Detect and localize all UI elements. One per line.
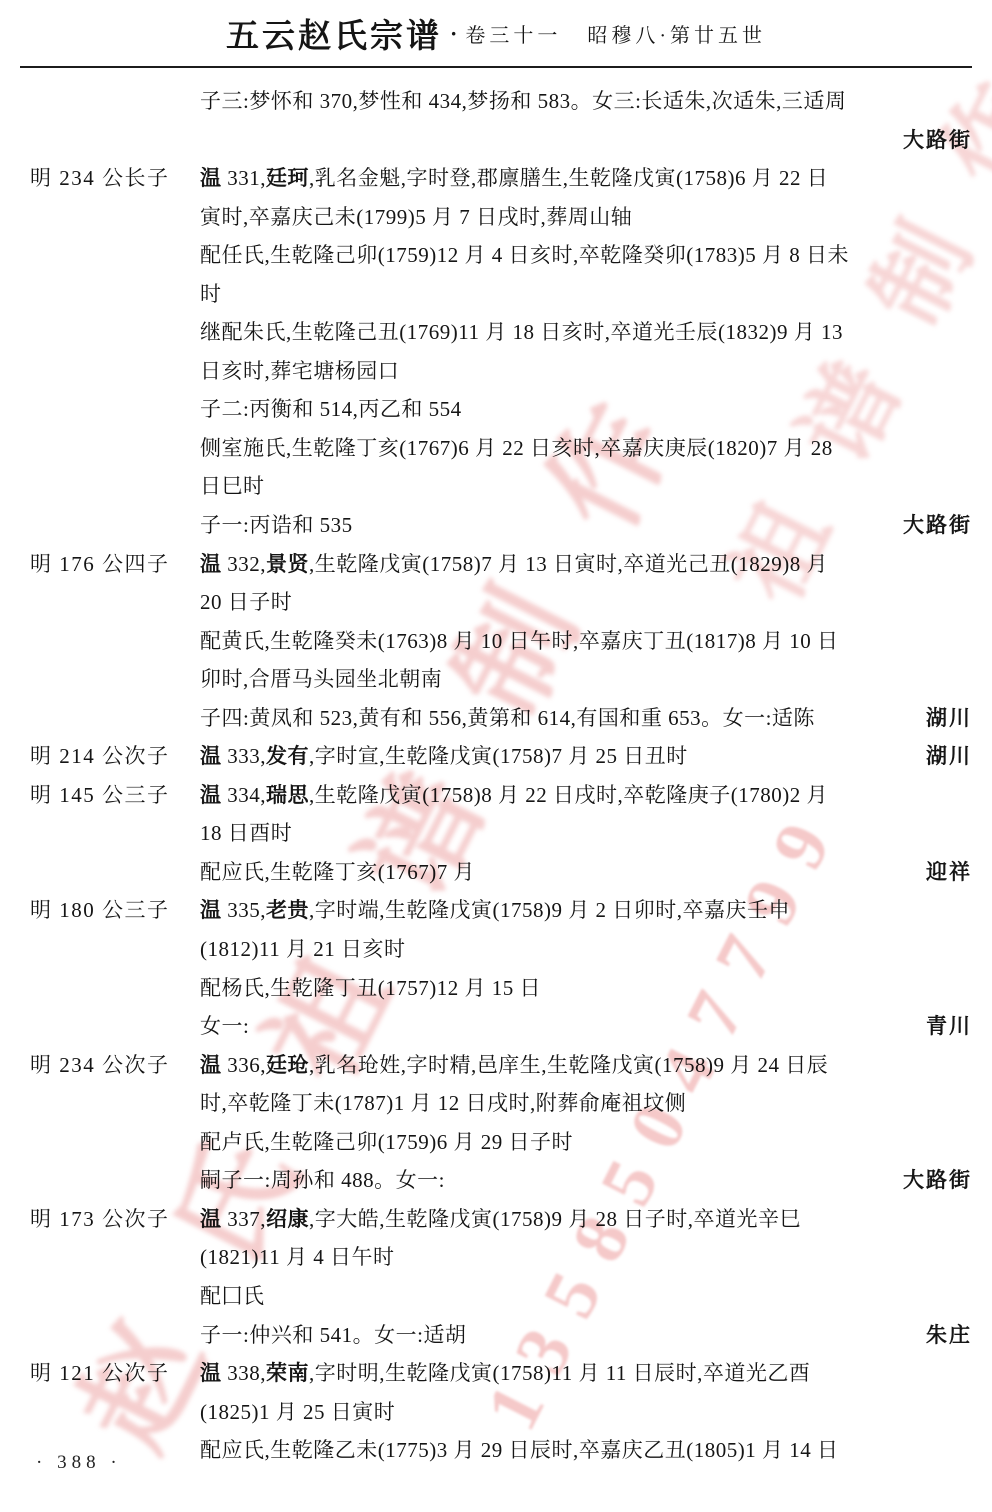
line-text: 温 334,瑞思,生乾隆戊寅(1758)8 月 22 日戌时,卒乾隆庚子(178… [200,776,828,815]
section-label: 昭穆八·第廿五世 [587,25,766,47]
header-divider [20,66,972,68]
person-name-bold: 廷珂 [266,166,309,190]
line-segment: 寅时,卒嘉庆己未(1799)5 月 7 日戌时,葬周山轴 [200,205,632,229]
line-body: (1825)1 月 25 日寅时 [200,1393,972,1432]
place-label: 青川 [926,1007,972,1046]
text-line: 日巳时 [0,467,992,506]
person-name-bold: 景贤 [266,552,309,576]
line-body: 配囗氏 [200,1277,972,1316]
line-text: 侧室施氏,生乾隆丁亥(1767)6 月 22 日亥时,卒嘉庆庚辰(1820)7 … [200,429,833,468]
line-body: 配应氏,生乾隆丁亥(1767)7 月迎祥 [200,853,972,892]
line-text: (1825)1 月 25 日寅时 [200,1393,395,1432]
person-name-bold: 老贵 [266,898,309,922]
line-text: 子一:仲兴和 541。女一:适胡 [200,1316,466,1355]
line-body: 日亥时,葬宅塘杨园口 [200,352,972,391]
generation-label: 明 176 公四子 [30,545,170,584]
text-line: 明 145 公三子温 334,瑞思,生乾隆戊寅(1758)8 月 22 日戌时,… [0,776,992,815]
line-body: 女一:青川 [200,1007,972,1046]
text-line: 子一:仲兴和 541。女一:适胡朱庄 [0,1316,992,1355]
text-line: 配卢氏,生乾隆己卯(1759)6 月 29 日子时 [0,1123,992,1162]
line-segment: 卯时,合厝马头园坐北朝南 [200,667,442,691]
line-body: 嗣子一:周孙和 488。女一:大路街 [200,1161,972,1200]
line-segment: ,字时明,生乾隆戊寅(1758)11 月 11 日辰时,卒道光乙酉 [309,1361,810,1385]
line-body: 配杨氏,生乾隆丁丑(1757)12 月 15 日 [200,969,972,1008]
generation-label: 明 173 公次子 [30,1200,170,1239]
line-text: 配囗氏 [200,1277,265,1316]
line-body: 温 334,瑞思,生乾隆戊寅(1758)8 月 22 日戌时,卒乾隆庚子(178… [200,776,972,815]
line-body: 温 332,景贤,生乾隆戊寅(1758)7 月 13 日寅时,卒道光己丑(182… [200,545,972,584]
person-name-bold: 温 [200,1207,222,1231]
line-text: 寅时,卒嘉庆己未(1799)5 月 7 日戌时,葬周山轴 [200,198,632,237]
line-text: 子三:梦怀和 370,梦性和 434,梦扬和 583。女三:长适朱,次适朱,三适… [200,82,846,121]
line-text: 女一: [200,1007,249,1046]
line-segment: 18 日酉时 [200,821,292,845]
text-line: 明 234 公长子温 331,廷珂,乳名金魁,字时登,郡廪膳生,生乾隆戊寅(17… [0,159,992,198]
person-name-bold: 温 [200,1053,222,1077]
line-segment: ,生乾隆戊寅(1758)7 月 13 日寅时,卒道光己丑(1829)8 月 [309,552,828,576]
place-label: 朱庄 [926,1316,972,1355]
line-body: 配卢氏,生乾隆己卯(1759)6 月 29 日子时 [200,1123,972,1162]
line-segment: ,生乾隆戊寅(1758)8 月 22 日戌时,卒乾隆庚子(1780)2 月 [309,783,828,807]
text-line: 日亥时,葬宅塘杨园口 [0,352,992,391]
line-segment: ,乳名玱姓,字时精,邑庠生,生乾隆戊寅(1758)9 月 24 日辰 [309,1053,828,1077]
line-segment: ,字时端,生乾隆戊寅(1758)9 月 2 日卯时,卒嘉庆壬申 [309,898,790,922]
person-name-bold: 发有 [266,744,309,768]
line-segment: 20 日子时 [200,590,292,614]
line-segment: 侧室施氏,生乾隆丁亥(1767)6 月 22 日亥时,卒嘉庆庚辰(1820)7 … [200,436,833,460]
text-line: 子三:梦怀和 370,梦性和 434,梦扬和 583。女三:长适朱,次适朱,三适… [0,82,992,121]
person-name-bold: 廷玱 [266,1053,309,1077]
place-label: 迎祥 [926,853,972,892]
line-text: 配杨氏,生乾隆丁丑(1757)12 月 15 日 [200,969,541,1008]
line-body: (1812)11 月 21 日亥时 [200,930,972,969]
text-line: 配应氏,生乾隆丁亥(1767)7 月迎祥 [0,853,992,892]
line-body: 配任氏,生乾隆己卯(1759)12 月 4 日亥时,卒乾隆癸卯(1783)5 月… [200,236,972,275]
line-segment: ,字大皓,生乾隆戊寅(1758)9 月 28 日子时,卒道光辛巳 [309,1207,801,1231]
line-text: 子二:丙衡和 514,丙乙和 554 [200,390,462,429]
line-segment: 嗣子一:周孙和 488。女一: [200,1168,445,1192]
line-text: 温 331,廷珂,乳名金魁,字时登,郡廪膳生,生乾隆戊寅(1758)6 月 22… [200,159,828,198]
place-label: 湖川 [926,737,972,776]
line-body: 温 338,荣南,字时明,生乾隆戊寅(1758)11 月 11 日辰时,卒道光乙… [200,1354,972,1393]
text-line: 子二:丙衡和 514,丙乙和 554 [0,390,992,429]
text-line: 明 234 公次子温 336,廷玱,乳名玱姓,字时精,邑庠生,生乾隆戊寅(175… [0,1046,992,1085]
line-body: 配黄氏,生乾隆癸未(1763)8 月 10 日午时,卒嘉庆丁丑(1817)8 月… [200,622,972,661]
line-body: 18 日酉时 [200,814,972,853]
text-line: 时,卒乾隆丁未(1787)1 月 12 日戌时,附葬俞庵祖坟侧 [0,1084,992,1123]
line-body: 子三:梦怀和 370,梦性和 434,梦扬和 583。女三:长适朱,次适朱,三适… [200,82,972,121]
line-segment: 335, [222,898,267,922]
text-line: 明 176 公四子温 332,景贤,生乾隆戊寅(1758)7 月 13 日寅时,… [0,545,992,584]
line-segment: 配囗氏 [200,1284,265,1308]
person-name-bold: 瑞思 [266,783,309,807]
line-segment: 配杨氏,生乾隆丁丑(1757)12 月 15 日 [200,976,541,1000]
text-line: 明 180 公三子温 335,老贵,字时端,生乾隆戊寅(1758)9 月 2 日… [0,891,992,930]
text-line: 明 173 公次子温 337,绍康,字大皓,生乾隆戊寅(1758)9 月 28 … [0,1200,992,1239]
line-body: 温 331,廷珂,乳名金魁,字时登,郡廪膳生,生乾隆戊寅(1758)6 月 22… [200,159,972,198]
line-body: 大路街 [200,121,972,160]
line-text: 继配朱氏,生乾隆己丑(1769)11 月 18 日亥时,卒道光壬辰(1832)9… [200,313,843,352]
text-line: 侧室施氏,生乾隆丁亥(1767)6 月 22 日亥时,卒嘉庆庚辰(1820)7 … [0,429,992,468]
text-line: (1821)11 月 4 日午时 [0,1238,992,1277]
line-text: 温 337,绍康,字大皓,生乾隆戊寅(1758)9 月 28 日子时,卒道光辛巳 [200,1200,801,1239]
line-body: 卯时,合厝马头园坐北朝南 [200,660,972,699]
text-line: 明 214 公次子温 333,发有,字时宣,生乾隆戊寅(1758)7 月 25 … [0,737,992,776]
line-body: 时 [200,275,972,314]
person-name-bold: 温 [200,898,222,922]
generation-label: 明 145 公三子 [30,776,170,815]
line-text: 配卢氏,生乾隆己卯(1759)6 月 29 日子时 [200,1123,573,1162]
person-name-bold: 荣南 [266,1361,309,1385]
line-body: 温 333,发有,字时宣,生乾隆戊寅(1758)7 月 25 日丑时湖川 [200,737,972,776]
text-line: 20 日子时 [0,583,992,622]
line-body: 寅时,卒嘉庆己未(1799)5 月 7 日戌时,葬周山轴 [200,198,972,237]
line-body: 子四:黄凤和 523,黄有和 556,黄第和 614,有国和重 653。女一:适… [200,699,972,738]
line-text: 温 332,景贤,生乾隆戊寅(1758)7 月 13 日寅时,卒道光己丑(182… [200,545,828,584]
line-text: 嗣子一:周孙和 488。女一: [200,1161,445,1200]
line-text: 配应氏,生乾隆丁亥(1767)7 月 [200,853,475,892]
line-segment: 配应氏,生乾隆丁亥(1767)7 月 [200,860,475,884]
line-segment: 331, [222,166,267,190]
line-segment: 日亥时,葬宅塘杨园口 [200,359,399,383]
line-segment: 334, [222,783,267,807]
person-name-bold: 温 [200,166,222,190]
line-segment: 日巳时 [200,474,265,498]
line-body: 日巳时 [200,467,972,506]
volume-label: 卷三十一 [465,25,561,47]
text-line: 继配朱氏,生乾隆己丑(1769)11 月 18 日亥时,卒道光壬辰(1832)9… [0,313,992,352]
line-segment: (1825)1 月 25 日寅时 [200,1400,395,1424]
text-line: (1812)11 月 21 日亥时 [0,930,992,969]
text-line: 明 121 公次子温 338,荣南,字时明,生乾隆戊寅(1758)11 月 11… [0,1354,992,1393]
genealogy-lines: 子三:梦怀和 370,梦性和 434,梦扬和 583。女三:长适朱,次适朱,三适… [0,82,992,1470]
line-text: (1812)11 月 21 日亥时 [200,930,405,969]
line-segment: 337, [222,1207,267,1231]
line-text: (1821)11 月 4 日午时 [200,1238,394,1277]
text-line: 寅时,卒嘉庆己未(1799)5 月 7 日戌时,葬周山轴 [0,198,992,237]
generation-label: 明 234 公长子 [30,159,170,198]
text-line: 配任氏,生乾隆己卯(1759)12 月 4 日亥时,卒乾隆癸卯(1783)5 月… [0,236,992,275]
line-text: 子四:黄凤和 523,黄有和 556,黄第和 614,有国和重 653。女一:适… [200,699,815,738]
line-segment: 子一:仲兴和 541。女一:适胡 [200,1323,466,1347]
place-label: 湖川 [926,699,972,738]
text-line: 女一:青川 [0,1007,992,1046]
line-segment: 338, [222,1361,267,1385]
line-segment: 333, [222,744,267,768]
line-text: 子一:丙诰和 535 [200,506,353,545]
text-line: 配囗氏 [0,1277,992,1316]
line-text: 18 日酉时 [200,814,292,853]
line-segment: 时 [200,282,222,306]
line-text: 温 335,老贵,字时端,生乾隆戊寅(1758)9 月 2 日卯时,卒嘉庆壬申 [200,891,790,930]
text-line: 卯时,合厝马头园坐北朝南 [0,660,992,699]
line-text: 日亥时,葬宅塘杨园口 [200,352,399,391]
line-segment: 配卢氏,生乾隆己卯(1759)6 月 29 日子时 [200,1130,573,1154]
line-text: 温 338,荣南,字时明,生乾隆戊寅(1758)11 月 11 日辰时,卒道光乙… [200,1354,810,1393]
line-text: 时,卒乾隆丁未(1787)1 月 12 日戌时,附葬俞庵祖坟侧 [200,1084,686,1123]
line-text: 配黄氏,生乾隆癸未(1763)8 月 10 日午时,卒嘉庆丁丑(1817)8 月… [200,622,838,661]
line-body: 侧室施氏,生乾隆丁亥(1767)6 月 22 日亥时,卒嘉庆庚辰(1820)7 … [200,429,972,468]
line-segment: 配黄氏,生乾隆癸未(1763)8 月 10 日午时,卒嘉庆丁丑(1817)8 月… [200,629,838,653]
text-line: 大路街 [0,121,992,160]
generation-label: 明 180 公三子 [30,891,170,930]
line-segment: ,乳名金魁,字时登,郡廪膳生,生乾隆戊寅(1758)6 月 22 日 [309,166,828,190]
text-line: 子四:黄凤和 523,黄有和 556,黄第和 614,有国和重 653。女一:适… [0,699,992,738]
line-text: 配应氏,生乾隆乙未(1775)3 月 29 日辰时,卒嘉庆乙丑(1805)1 月… [200,1431,838,1470]
line-segment: 配应氏,生乾隆乙未(1775)3 月 29 日辰时,卒嘉庆乙丑(1805)1 月… [200,1438,838,1462]
title-separator-dot: · [450,21,457,46]
person-name-bold: 温 [200,783,222,807]
line-segment: ,字时宣,生乾隆戊寅(1758)7 月 25 日丑时 [309,744,688,768]
line-segment: 子四:黄凤和 523,黄有和 556,黄第和 614,有国和重 653。女一:适… [200,706,815,730]
line-body: 继配朱氏,生乾隆己丑(1769)11 月 18 日亥时,卒道光壬辰(1832)9… [200,313,972,352]
person-name-bold: 绍康 [266,1207,309,1231]
place-label: 大路街 [903,506,972,545]
text-line: 配杨氏,生乾隆丁丑(1757)12 月 15 日 [0,969,992,1008]
line-text: 时 [200,275,222,314]
text-line: 18 日酉时 [0,814,992,853]
line-segment: 配任氏,生乾隆己卯(1759)12 月 4 日亥时,卒乾隆癸卯(1783)5 月… [200,243,849,267]
person-name-bold: 温 [200,1361,222,1385]
place-label: 大路街 [903,121,972,160]
person-name-bold: 温 [200,552,222,576]
line-text: 配任氏,生乾隆己卯(1759)12 月 4 日亥时,卒乾隆癸卯(1783)5 月… [200,236,849,275]
line-body: 子一:仲兴和 541。女一:适胡朱庄 [200,1316,972,1355]
generation-label: 明 234 公次子 [30,1046,170,1085]
line-text: 温 336,廷玱,乳名玱姓,字时精,邑庠生,生乾隆戊寅(1758)9 月 24 … [200,1046,828,1085]
line-text: 温 333,发有,字时宣,生乾隆戊寅(1758)7 月 25 日丑时 [200,737,688,776]
text-line: 子一:丙诰和 535大路街 [0,506,992,545]
generation-label: 明 214 公次子 [30,737,170,776]
text-line: (1825)1 月 25 日寅时 [0,1393,992,1432]
line-body: 子二:丙衡和 514,丙乙和 554 [200,390,972,429]
line-segment: 子一:丙诰和 535 [200,513,353,537]
person-name-bold: 温 [200,744,222,768]
text-line: 配应氏,生乾隆乙未(1775)3 月 29 日辰时,卒嘉庆乙丑(1805)1 月… [0,1431,992,1470]
line-body: 温 337,绍康,字大皓,生乾隆戊寅(1758)9 月 28 日子时,卒道光辛巳 [200,1200,972,1239]
line-segment: (1812)11 月 21 日亥时 [200,937,405,961]
line-text: 卯时,合厝马头园坐北朝南 [200,660,442,699]
line-body: 配应氏,生乾隆乙未(1775)3 月 29 日辰时,卒嘉庆乙丑(1805)1 月… [200,1431,972,1470]
book-title: 五云赵氏宗谱 [226,19,442,55]
text-line: 时 [0,275,992,314]
line-segment: 时,卒乾隆丁未(1787)1 月 12 日戌时,附葬俞庵祖坟侧 [200,1091,686,1115]
line-segment: 子三:梦怀和 370,梦性和 434,梦扬和 583。女三:长适朱,次适朱,三适… [200,89,846,113]
line-body: 时,卒乾隆丁未(1787)1 月 12 日戌时,附葬俞庵祖坟侧 [200,1084,972,1123]
line-segment: 女一: [200,1014,249,1038]
page-header: 五云赵氏宗谱·卷三十一昭穆八·第廿五世 [0,10,992,57]
line-segment: (1821)11 月 4 日午时 [200,1245,394,1269]
generation-label: 明 121 公次子 [30,1354,170,1393]
line-body: (1821)11 月 4 日午时 [200,1238,972,1277]
line-body: 子一:丙诰和 535大路街 [200,506,972,545]
line-body: 温 335,老贵,字时端,生乾隆戊寅(1758)9 月 2 日卯时,卒嘉庆壬申 [200,891,972,930]
line-body: 20 日子时 [200,583,972,622]
line-text: 20 日子时 [200,583,292,622]
line-segment: 子二:丙衡和 514,丙乙和 554 [200,397,462,421]
line-segment: 继配朱氏,生乾隆己丑(1769)11 月 18 日亥时,卒道光壬辰(1832)9… [200,320,843,344]
line-segment: 336, [222,1053,267,1077]
text-line: 配黄氏,生乾隆癸未(1763)8 月 10 日午时,卒嘉庆丁丑(1817)8 月… [0,622,992,661]
line-body: 温 336,廷玱,乳名玱姓,字时精,邑庠生,生乾隆戊寅(1758)9 月 24 … [200,1046,972,1085]
line-text: 日巳时 [200,467,265,506]
place-label: 大路街 [903,1161,972,1200]
text-line: 嗣子一:周孙和 488。女一:大路街 [0,1161,992,1200]
line-segment: 332, [222,552,267,576]
